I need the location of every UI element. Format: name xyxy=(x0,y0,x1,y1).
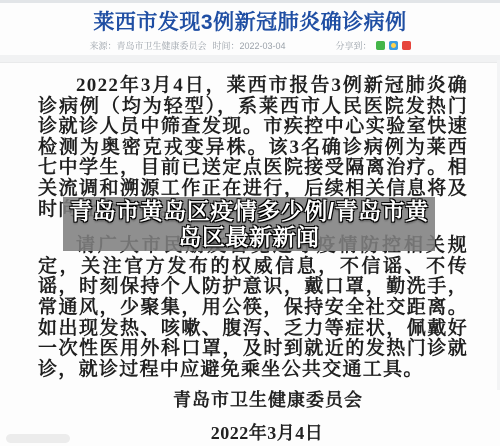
share-label: 分享到： xyxy=(336,39,372,52)
watermark-caption-banner: 青岛市黄岛区疫情多少例/青岛市黄 岛区最新新闻 xyxy=(63,197,435,251)
article-page: 莱西市发现3例新冠肺炎确诊病例 来源：青岛市卫生健康委员会 时间：2022-03… xyxy=(0,0,500,446)
bottom-edge-artifact xyxy=(6,434,70,443)
issuer-signature: 青岛市卫生健康委员会 xyxy=(18,386,500,412)
caption-line-2: 岛区最新新闻 xyxy=(179,224,320,250)
weibo-share-icon[interactable] xyxy=(402,41,411,50)
source-label: 来源：青岛市卫生健康委员会 xyxy=(89,39,206,52)
qzone-share-icon[interactable] xyxy=(389,41,398,50)
issue-date: 2022年3月4日 xyxy=(17,419,500,445)
qzone-star-accent xyxy=(391,43,396,48)
top-edge-strip xyxy=(0,0,500,3)
wechat-share-icon[interactable] xyxy=(376,41,385,50)
caption-line-1: 青岛市黄岛区疫情多少例/青岛市黄 xyxy=(69,198,428,224)
paragraph-advisory: 请广大市民朋友自觉遵守疫情防控相关规定，关注官方发布的权威信息，不信谣、不传谣，… xyxy=(38,236,468,380)
article-meta-row: 来源：青岛市卫生健康委员会 时间：2022-03-04 分享到： xyxy=(0,39,500,52)
page-title: 莱西市发现3例新冠肺炎确诊病例 xyxy=(0,6,500,36)
share-toolbar: 分享到： xyxy=(336,39,411,52)
header-divider xyxy=(0,55,500,63)
publish-time-label: 时间：2022-03-04 xyxy=(212,39,285,52)
